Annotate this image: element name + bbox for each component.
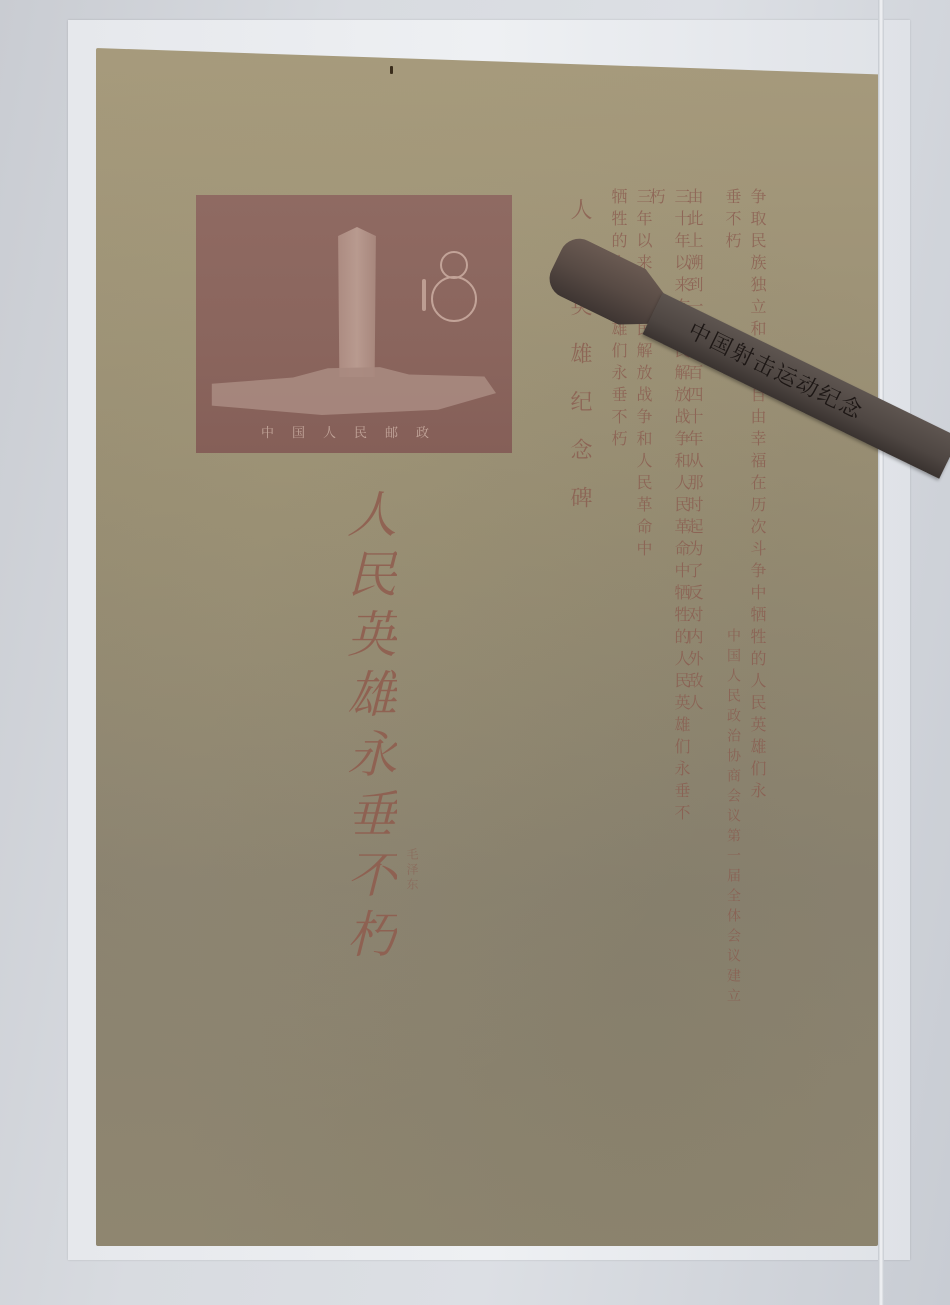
signature: 毛泽东 bbox=[404, 848, 421, 893]
paper-speck bbox=[390, 66, 393, 74]
stamp-caption: 中国人民邮政 bbox=[196, 422, 512, 441]
monument-icon bbox=[336, 227, 378, 377]
mount-edge-strip bbox=[878, 0, 884, 1305]
souvenir-sheet: 中国人民邮政 人民英雄纪念碑 三年以来在人民解放战争和人民革命中牺牲的人民英雄们… bbox=[96, 48, 878, 1246]
calligraphy-column: 人民英雄永垂不朽 bbox=[332, 488, 404, 968]
inscription-column-3: 由此上溯到一千八百四十年从那时起为了反对内外敌人 bbox=[682, 188, 707, 848]
denomination-eight-icon bbox=[424, 247, 484, 327]
attribution-column: 中国人民政治协商会议第一届全体会议建立 bbox=[720, 628, 745, 1108]
stamp: 中国人民邮政 bbox=[196, 195, 512, 453]
monument-base-icon bbox=[206, 363, 496, 415]
